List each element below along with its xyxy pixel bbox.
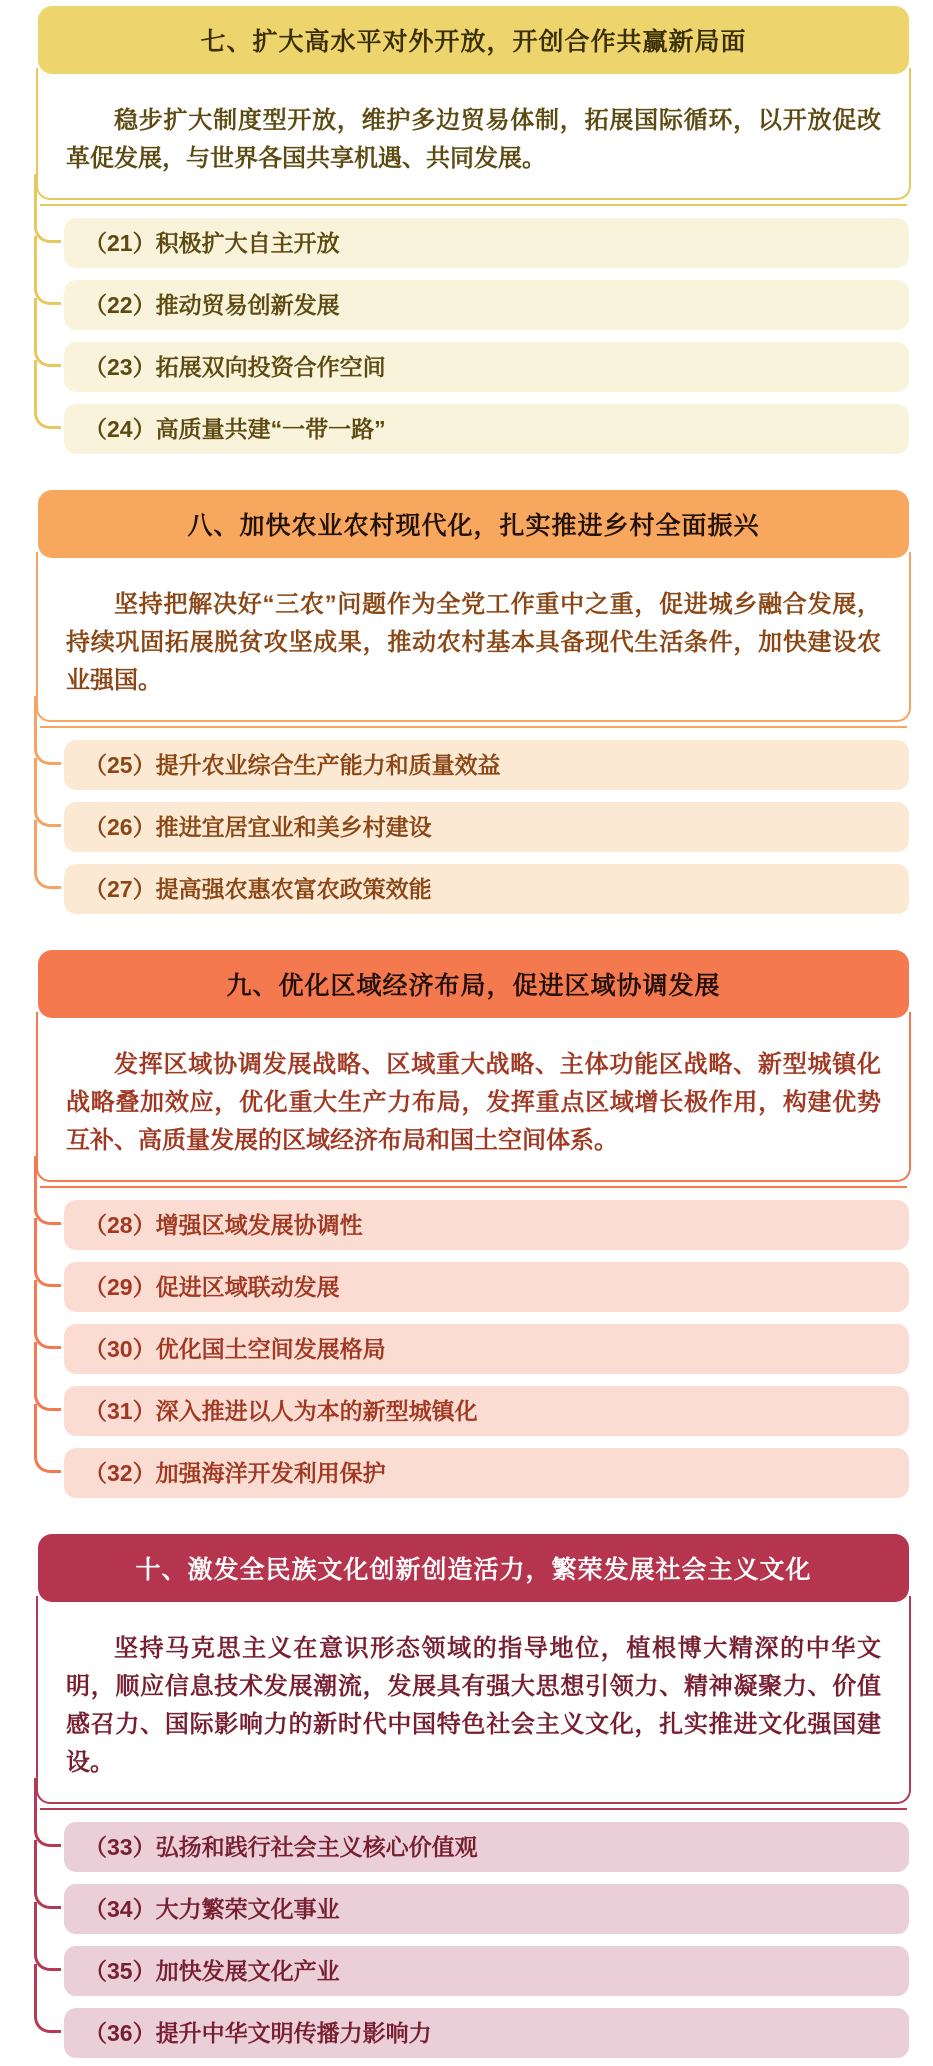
branch-connector-line xyxy=(34,1404,61,1473)
section-8-items: （25）提升农业综合生产能力和质量效益 （26）推进宜居宜业和美乡村建设 （27… xyxy=(34,740,909,914)
section-9-title: 九、优化区域经济布局，促进区域协调发展 xyxy=(226,972,720,1000)
list-item-label: （25）提升农业综合生产能力和质量效益 xyxy=(64,740,909,790)
list-item-label: （34）大力繁荣文化事业 xyxy=(64,1884,909,1934)
list-item: （26）推进宜居宜业和美乡村建设 xyxy=(64,802,909,852)
list-item-label: （27）提高强农惠农富农政策效能 xyxy=(64,864,909,914)
section-8: 八、加快农业农村现代化，扎实推进乡村全面振兴 坚持把解决好“三农”问题作为全党工… xyxy=(0,490,933,914)
section-7-summary: 稳步扩大制度型开放，维护多边贸易体制，拓展国际循环，以开放促改革促发展，与世界各… xyxy=(66,102,881,178)
section-10-summary: 坚持马克思主义在意识形态领域的指导地位，植根博大精深的中华文明，顺应信息技术发展… xyxy=(66,1630,881,1782)
section-9: 九、优化区域经济布局，促进区域协调发展 发挥区域协调发展战略、区域重大战略、主体… xyxy=(0,950,933,1498)
list-item-label: （35）加快发展文化产业 xyxy=(64,1946,909,1996)
list-item: （29）促进区域联动发展 xyxy=(64,1262,909,1312)
branch-connector-line xyxy=(34,236,61,305)
list-item: （31）深入推进以人为本的新型城镇化 xyxy=(64,1386,909,1436)
branch-connector-line xyxy=(34,298,61,367)
list-item-label: （33）弘扬和践行社会主义核心价值观 xyxy=(64,1822,909,1872)
branch-connector-line xyxy=(34,1964,61,2033)
section-8-header: 八、加快农业农村现代化，扎实推进乡村全面振兴 xyxy=(38,490,909,558)
section-8-summary-box: 坚持把解决好“三农”问题作为全党工作重中之重，促进城乡融合发展，持续巩固拓展脱贫… xyxy=(36,552,911,722)
section-10-summary-box: 坚持马克思主义在意识形态领域的指导地位，植根博大精深的中华文明，顺应信息技术发展… xyxy=(36,1596,911,1804)
list-item: （36）提升中华文明传播力影响力 xyxy=(64,2008,909,2058)
list-item-label: （31）深入推进以人为本的新型城镇化 xyxy=(64,1386,909,1436)
list-item: （23）拓展双向投资合作空间 xyxy=(64,342,909,392)
section-7-separator-line xyxy=(40,204,907,206)
section-10: 十、激发全民族文化创新创造活力，繁荣发展社会主义文化 坚持马克思主义在意识形态领… xyxy=(0,1534,933,2058)
list-item-label: （30）优化国土空间发展格局 xyxy=(64,1324,909,1374)
section-7: 七、扩大高水平对外开放，开创合作共赢新局面 稳步扩大制度型开放，维护多边贸易体制… xyxy=(0,6,933,454)
list-item: （24）高质量共建“一带一路” xyxy=(64,404,909,454)
section-9-summary: 发挥区域协调发展战略、区域重大战略、主体功能区战略、新型城镇化战略叠加效应，优化… xyxy=(66,1046,881,1160)
section-7-items: （21）积极扩大自主开放 （22）推动贸易创新发展 （23）拓展双向投资合作空间… xyxy=(34,218,909,454)
section-9-summary-box: 发挥区域协调发展战略、区域重大战略、主体功能区战略、新型城镇化战略叠加效应，优化… xyxy=(36,1012,911,1182)
branch-connector-line xyxy=(34,758,61,827)
section-9-header: 九、优化区域经济布局，促进区域协调发展 xyxy=(38,950,909,1018)
section-8-summary: 坚持把解决好“三农”问题作为全党工作重中之重，促进城乡融合发展，持续巩固拓展脱贫… xyxy=(66,586,881,700)
branch-connector-line xyxy=(34,1342,61,1411)
section-10-items: （33）弘扬和践行社会主义核心价值观 （34）大力繁荣文化事业 （35）加快发展… xyxy=(34,1822,909,2058)
list-item-label: （32）加强海洋开发利用保护 xyxy=(64,1448,909,1498)
list-item: （33）弘扬和践行社会主义核心价值观 xyxy=(64,1822,909,1872)
list-item-label: （21）积极扩大自主开放 xyxy=(64,218,909,268)
list-item-label: （22）推动贸易创新发展 xyxy=(64,280,909,330)
list-item: （25）提升农业综合生产能力和质量效益 xyxy=(64,740,909,790)
section-8-separator-line xyxy=(40,726,907,728)
list-item-label: （26）推进宜居宜业和美乡村建设 xyxy=(64,802,909,852)
section-9-separator-line xyxy=(40,1186,907,1188)
section-10-header: 十、激发全民族文化创新创造活力，繁荣发展社会主义文化 xyxy=(38,1534,909,1602)
section-7-header: 七、扩大高水平对外开放，开创合作共赢新局面 xyxy=(38,6,909,74)
section-7-summary-box: 稳步扩大制度型开放，维护多边贸易体制，拓展国际循环，以开放促改革促发展，与世界各… xyxy=(36,68,911,200)
list-item: （22）推动贸易创新发展 xyxy=(64,280,909,330)
list-item-label: （24）高质量共建“一带一路” xyxy=(64,404,909,454)
list-item-label: （28）增强区域发展协调性 xyxy=(64,1200,909,1250)
section-9-items: （28）增强区域发展协调性 （29）促进区域联动发展 （30）优化国土空间发展格… xyxy=(34,1200,909,1498)
list-item-label: （23）拓展双向投资合作空间 xyxy=(64,342,909,392)
list-item: （32）加强海洋开发利用保护 xyxy=(64,1448,909,1498)
list-item: （28）增强区域发展协调性 xyxy=(64,1200,909,1250)
list-item-label: （29）促进区域联动发展 xyxy=(64,1262,909,1312)
list-item: （34）大力繁荣文化事业 xyxy=(64,1884,909,1934)
branch-connector-line xyxy=(34,1280,61,1349)
section-10-title: 十、激发全民族文化创新创造活力，繁荣发展社会主义文化 xyxy=(135,1556,811,1584)
infographic-page: 七、扩大高水平对外开放，开创合作共赢新局面 稳步扩大制度型开放，维护多边贸易体制… xyxy=(0,0,933,2066)
branch-connector-line xyxy=(34,820,61,889)
list-item: （35）加快发展文化产业 xyxy=(64,1946,909,1996)
branch-connector-line xyxy=(34,1218,61,1287)
branch-connector-line xyxy=(34,1840,61,1909)
branch-connector-line xyxy=(34,1902,61,1971)
list-item-label: （36）提升中华文明传播力影响力 xyxy=(64,2008,909,2058)
list-item: （27）提高强农惠农富农政策效能 xyxy=(64,864,909,914)
list-item: （21）积极扩大自主开放 xyxy=(64,218,909,268)
section-7-title: 七、扩大高水平对外开放，开创合作共赢新局面 xyxy=(200,28,746,56)
section-8-title: 八、加快农业农村现代化，扎实推进乡村全面振兴 xyxy=(187,512,759,540)
list-item: （30）优化国土空间发展格局 xyxy=(64,1324,909,1374)
section-10-separator-line xyxy=(40,1808,907,1810)
branch-connector-line xyxy=(34,360,61,429)
